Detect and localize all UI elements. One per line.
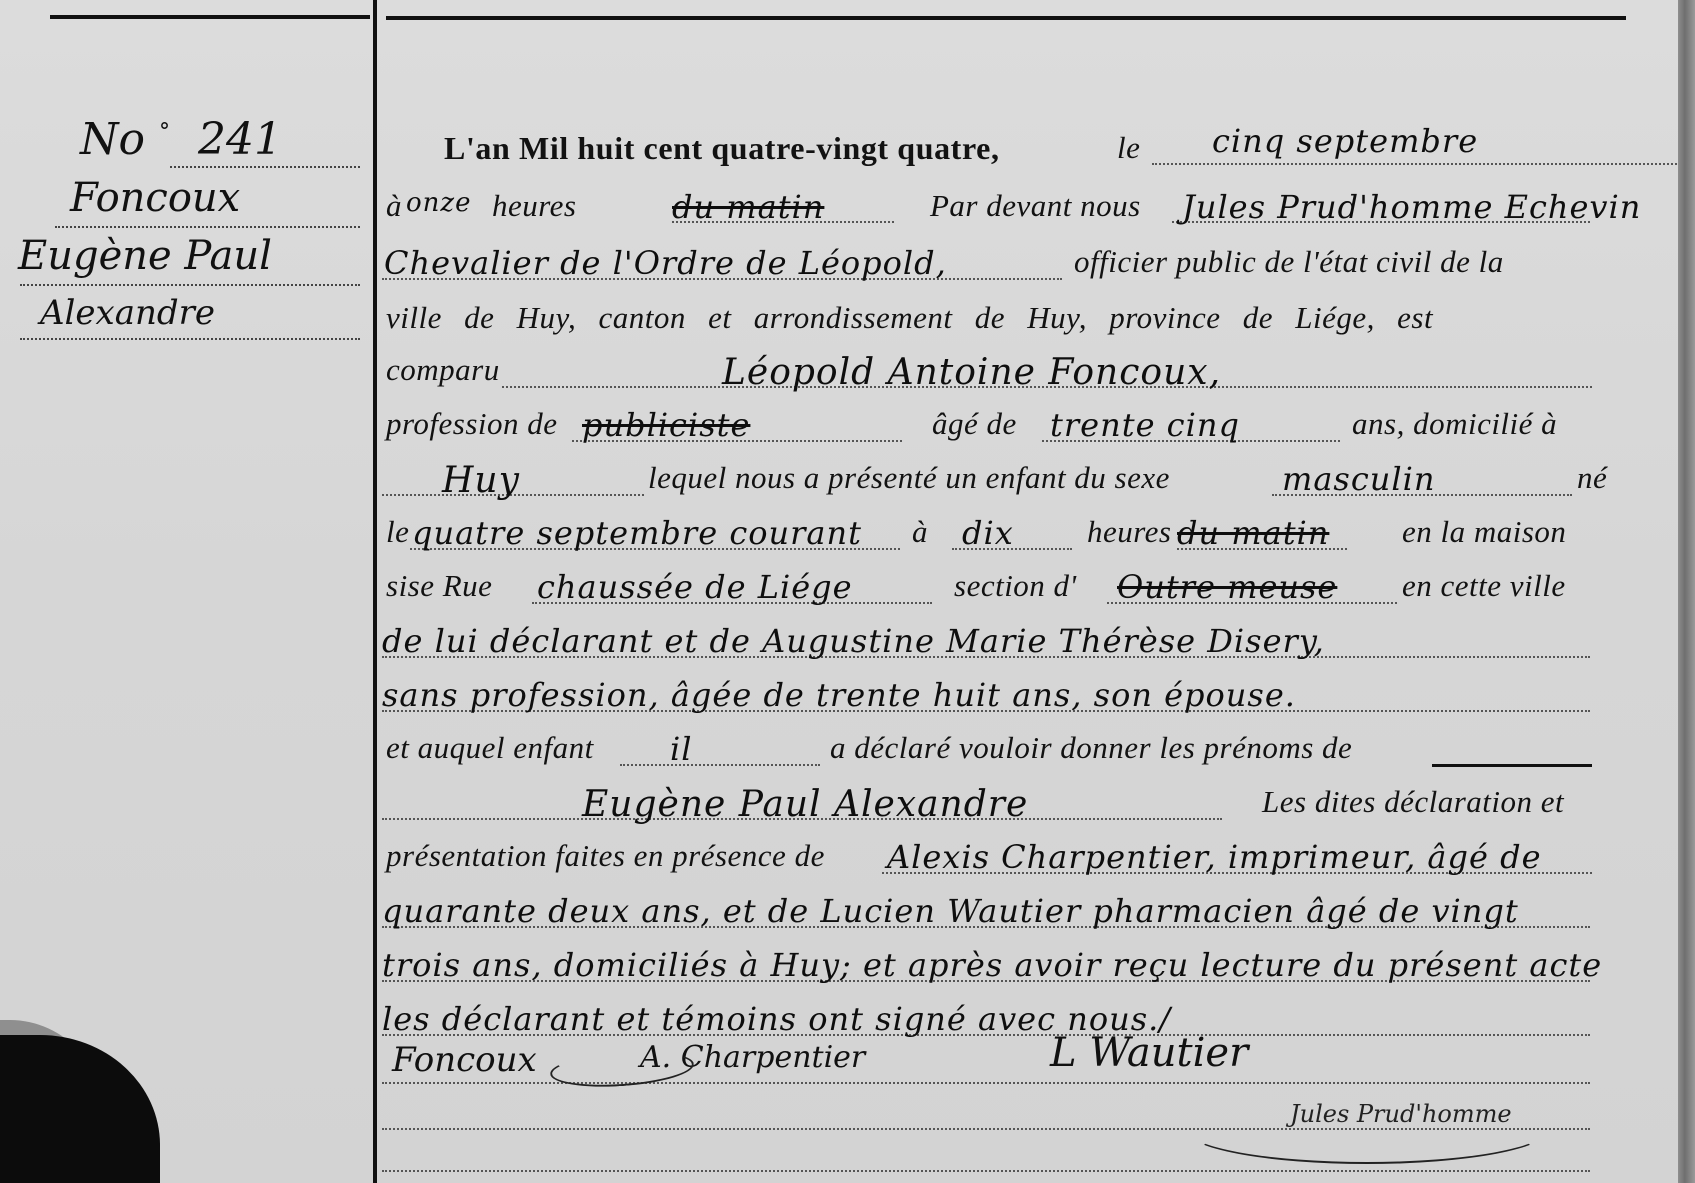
hand-record-date: cinq septembre xyxy=(1212,122,1478,160)
printed-declare-vouloir: a déclaré vouloir donner les prénoms de xyxy=(830,730,1352,766)
printed-le: le xyxy=(1117,130,1140,166)
dotted-rule xyxy=(382,1170,1590,1172)
text-line-10: de lui déclarant et de Augustine Marie T… xyxy=(382,622,1622,672)
printed-officier-public: officier public de l'état civil de la xyxy=(1074,244,1504,280)
text-line-7: Huy lequel nous a présenté un enfant du … xyxy=(382,460,1622,510)
hand-pronoun: il xyxy=(670,730,692,768)
header-rule-left xyxy=(50,15,370,19)
text-line-2: à onze heures du matin Par devant nous J… xyxy=(382,188,1622,238)
hand-hour: onze xyxy=(406,188,471,218)
text-line-5: comparu Léopold Antoine Foncoux, xyxy=(382,352,1622,402)
printed-heures: heures xyxy=(492,188,577,224)
hand-declarant-name: Léopold Antoine Foncoux, xyxy=(722,352,1221,393)
text-line-15: quarante deux ans, et de Lucien Wautier … xyxy=(382,892,1622,942)
record-number: No ° 241 xyxy=(80,118,282,162)
hand-officer-title: Chevalier de l'Ordre de Léopold, xyxy=(384,244,947,282)
margin-surname: Foncoux xyxy=(70,178,240,218)
text-line-4: ville de Huy, canton et arrondissement d… xyxy=(382,300,1622,350)
hand-birth-date: quatre septembre courant xyxy=(412,514,862,552)
hand-declarant-age: trente cinq xyxy=(1050,406,1240,444)
register-page: No ° 241 Foncoux Eugène Paul Alexandre L… xyxy=(0,0,1678,1183)
hand-mother-details: sans profession, âgée de trente huit ans… xyxy=(382,676,1296,714)
hand-street: chaussée de Liége xyxy=(537,568,853,606)
text-line-1: L'an Mil huit cent quatre-vingt quatre, … xyxy=(382,130,1622,180)
text-line-16: trois ans, domiciliés à Huy; et après av… xyxy=(382,946,1622,996)
printed-sise-rue: sise Rue xyxy=(386,568,492,604)
text-line-6: profession de publiciste âgé de trente c… xyxy=(382,406,1622,456)
printed-lequel: lequel nous a présenté un enfant du sexe xyxy=(648,460,1170,496)
column-divider xyxy=(373,0,377,1183)
printed-a: à xyxy=(386,188,402,224)
text-line-14: présentation faites en présence de Alexi… xyxy=(382,838,1622,888)
dotted-rule xyxy=(620,764,820,766)
printed-section: section d' xyxy=(954,568,1077,604)
number-value: 241 xyxy=(198,114,282,165)
text-line-11: sans profession, âgée de trente huit ans… xyxy=(382,676,1622,726)
hand-sex: masculin xyxy=(1282,460,1435,498)
filler-line xyxy=(1432,764,1592,767)
printed-heures: heures xyxy=(1087,514,1172,550)
hand-witness-1: Alexis Charpentier, imprimeur, âgé de xyxy=(887,838,1542,876)
printed-en-la-maison: en la maison xyxy=(1402,514,1566,550)
text-line-17: les déclarant et témoins ont signé avec … xyxy=(382,1000,1622,1050)
hand-domicile: Huy xyxy=(442,460,520,501)
hand-domicile-lecture: trois ans, domiciliés à Huy; et après av… xyxy=(382,946,1602,984)
hand-birth-hour: dix xyxy=(962,514,1014,552)
dotted-rule xyxy=(1152,163,1695,165)
number-label: No xyxy=(80,114,145,165)
text-line-13: Eugène Paul Alexandre Les dites déclarat… xyxy=(382,784,1622,834)
printed-le: le xyxy=(386,514,409,550)
text-line-8: le quatre septembre courant à dix heures… xyxy=(382,514,1622,564)
printed-ans-domicilie: ans, domicilié à xyxy=(1352,406,1557,442)
printed-ville-de-huy: ville de Huy, canton et arrondissement d… xyxy=(386,300,1433,336)
margin-given-names-2: Alexandre xyxy=(40,296,215,330)
margin-given-names: Eugène Paul xyxy=(18,236,272,276)
text-line-3: Chevalier de l'Ordre de Léopold, officie… xyxy=(382,244,1622,294)
header-rule-right xyxy=(386,16,1626,20)
printed-les-dites: Les dites déclaration et xyxy=(1262,784,1564,820)
signature-flourish xyxy=(549,1047,695,1091)
printed-en-cette-ville: en cette ville xyxy=(1402,568,1566,604)
hand-witness-2: quarante deux ans, et de Lucien Wautier … xyxy=(382,892,1519,930)
dotted-rule xyxy=(20,284,360,286)
hand-du-matin: du matin xyxy=(1177,514,1329,552)
number-degree: ° xyxy=(159,119,170,144)
hand-officer-name: Jules Prud'homme Echevin xyxy=(1182,188,1641,226)
printed-par-devant: Par devant nous xyxy=(930,188,1141,224)
hand-section: Outre meuse xyxy=(1117,568,1337,606)
printed-a: à xyxy=(912,514,928,550)
text-line-9: sise Rue chaussée de Liége section d' Ou… xyxy=(382,568,1622,618)
text-line-12: et auquel enfant il a déclaré vouloir do… xyxy=(382,730,1622,780)
scan-shadow-dark xyxy=(0,1035,160,1183)
printed-profession: profession de xyxy=(386,406,558,442)
printed-age-de: âgé de xyxy=(932,406,1017,442)
signature-witness-2: L Wautier xyxy=(1050,1030,1248,1076)
hand-profession: publiciste xyxy=(582,406,750,444)
dotted-rule xyxy=(20,338,360,340)
dotted-rule xyxy=(170,166,360,168)
dotted-rule xyxy=(55,226,360,228)
officer-flourish xyxy=(1185,1095,1549,1164)
printed-comparu: comparu xyxy=(386,352,500,388)
hand-child-names: Eugène Paul Alexandre xyxy=(582,784,1028,825)
printed-year-clause: L'an Mil huit cent quatre-vingt quatre, xyxy=(444,130,1000,167)
hand-mother-clause: de lui déclarant et de Augustine Marie T… xyxy=(382,622,1325,660)
printed-ne: né xyxy=(1577,460,1607,496)
hand-du-matin: du matin xyxy=(672,188,824,226)
printed-auquel-enfant: et auquel enfant xyxy=(386,730,594,766)
signature-father: Foncoux xyxy=(392,1040,537,1080)
printed-presentation: présentation faites en présence de xyxy=(386,838,825,874)
page-edge xyxy=(1678,0,1695,1183)
